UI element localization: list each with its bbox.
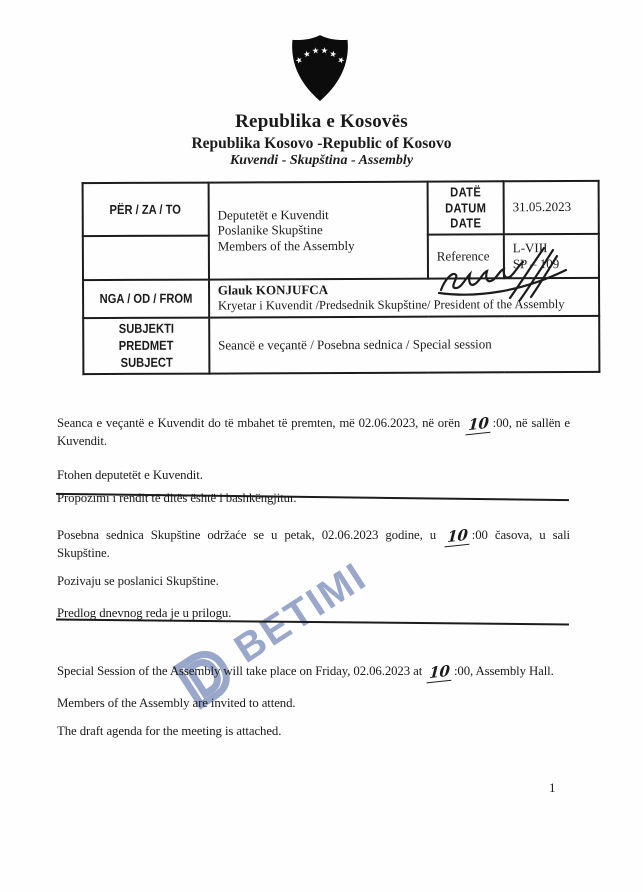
handwritten-time: 10 [427, 664, 453, 682]
scanned-document-page: ★ ★ ★ ★ ★ ★ Republika e Kosovës Republik… [0, 0, 643, 892]
subject-label-serbian: PREDMET [119, 337, 174, 354]
title-republic-bilingual: Republika Kosovo -Republic of Kosovo [0, 135, 643, 152]
date-label-english: DATE [450, 216, 481, 232]
empty-cell [83, 235, 209, 280]
to-label: PËR / ZA / TO [110, 202, 182, 217]
paragraph-agenda-english: The draft agenda for the meeting is atta… [57, 723, 570, 740]
text-run: :00, Assembly Hall. [454, 664, 554, 678]
handwritten-time: 10 [445, 528, 471, 546]
paragraph-invite-serbian: Pozivaju se poslanici Skupštine. [57, 573, 570, 590]
page-number: 1 [549, 780, 556, 796]
recipient-line-english: Members of the Assembly [218, 238, 419, 255]
paragraph-session-albanian: Seanca e veçantë e Kuvendit do të mbahet… [57, 415, 570, 451]
star-icon: ★ [311, 45, 319, 55]
date-label-cell: DATË DATUM DATE [427, 181, 503, 234]
title-republic-albanian: Republika e Kosovës [0, 112, 643, 133]
subject-label-english: SUBJECT [120, 354, 172, 371]
text-run: Posebna sednica Skupštine održaće se u p… [57, 528, 443, 542]
recipient-line-serbian: Poslanike Skupštine [218, 222, 419, 239]
star-icon: ★ [320, 45, 328, 55]
subject-value: Seancë e veçantë / Posebna sednica / Spe… [209, 316, 599, 374]
signature-stroke [441, 262, 523, 290]
to-value-cell: Deputetët e Kuvendit Poslanike Skupštine… [208, 182, 427, 280]
paragraph-session-english: Special Session of the Assembly will tak… [57, 663, 570, 682]
letterhead: Republika e Kosovës Republika Kosovo -Re… [0, 112, 643, 168]
shield-shape [292, 35, 348, 101]
paragraph-invite-albanian: Ftohen deputetët e Kuvendit. [57, 467, 570, 484]
date-label-albanian: DATË [450, 184, 481, 200]
from-label-cell: NGA / OD / FROM [83, 279, 209, 318]
date-value: 31.05.2023 [503, 181, 598, 234]
title-assembly-trilingual: Kuvendi - Skupština - Assembly [0, 153, 643, 168]
subject-label-albanian: SUBJEKTI [118, 321, 173, 338]
text-run: Seanca e veçantë e Kuvendit do të mbahet… [57, 416, 464, 430]
text-run: Special Session of the Assembly will tak… [57, 664, 425, 678]
signature [436, 246, 570, 306]
from-label: NGA / OD / FROM [100, 291, 193, 306]
kosovo-emblem-icon: ★ ★ ★ ★ ★ ★ [288, 27, 352, 111]
paragraph-session-serbian: Posebna sednica Skupštine održaće se u p… [57, 527, 570, 563]
subject-label-cell: SUBJEKTI PREDMET SUBJECT [83, 317, 209, 374]
to-label-cell: PËR / ZA / TO [83, 183, 209, 236]
handwritten-time: 10 [465, 416, 491, 434]
paragraph-invite-english: Members of the Assembly are invited to a… [57, 695, 570, 712]
date-label-serbian: DATUM [445, 200, 486, 216]
recipient-line-albanian: Deputetët e Kuvendit [218, 206, 419, 223]
